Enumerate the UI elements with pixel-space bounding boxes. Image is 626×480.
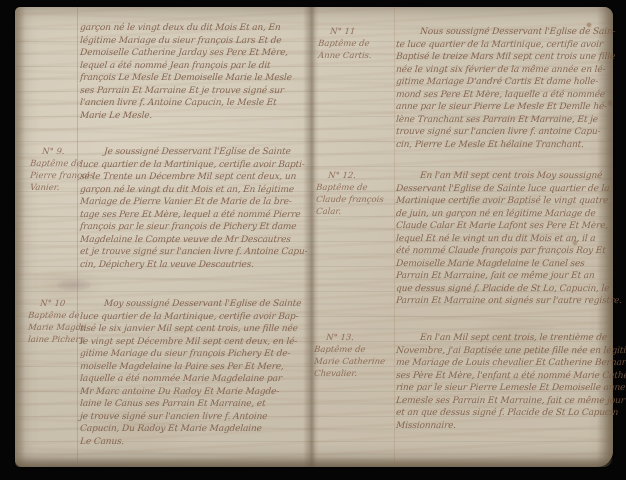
handwritten-text-line: N° 9. xyxy=(29,146,86,158)
baptism-entry-13-text: En l'an Mil sept cent trois, le trentièm… xyxy=(396,332,608,432)
handwritten-text-line: que dessus signé f. Placide de St Lo, Ca… xyxy=(396,283,609,296)
handwritten-text-line: En l'an Mil sept cent trois Moy soussign… xyxy=(396,170,609,183)
paper-edge-bottom xyxy=(15,457,613,467)
handwritten-text-line: Chevalier. xyxy=(313,368,388,380)
handwritten-text-line: je trouve signé sur l'ancien livre f. An… xyxy=(80,411,311,424)
handwritten-text-line: tage ses Pere Et Mère, lequel a été nomm… xyxy=(80,209,311,222)
handwritten-text-line: garçon né le vingt deux du dit Mois Et a… xyxy=(80,22,311,35)
handwritten-text-line: Novembre, j'ai Baptisée une petite fille… xyxy=(396,345,609,358)
baptism-entry-9-text: Je soussigné Desservant l'Eglise de Sain… xyxy=(80,146,310,271)
handwritten-text-line: N° 12. xyxy=(315,170,386,182)
handwritten-text-line: Vanier. xyxy=(29,182,86,194)
left-page-margin-rule xyxy=(77,7,78,467)
handwritten-text-line: Desservant l'Eglise de Sainte luce quart… xyxy=(396,183,609,196)
handwritten-text-line: Parrain Et Marraine ont signés sur l'aut… xyxy=(396,295,609,308)
margin-note-entry-9: N° 9.Baptême dePierre françoisVanier. xyxy=(30,146,86,194)
handwritten-text-line: Martinique certifie avoir Baptisé le vin… xyxy=(396,195,609,208)
handwritten-text-line: Claude Calar Et Marie Lafont ses Pere Et… xyxy=(396,220,609,233)
handwritten-text-line: luce quartier de la Martinique, certifie… xyxy=(80,311,311,324)
handwritten-text-line: laquelle a été nommée Marie Magdelaine p… xyxy=(80,373,311,386)
handwritten-text-line: Anne Cartis. xyxy=(317,50,388,62)
handwritten-text-line: Baptême de xyxy=(317,38,388,50)
margin-note-entry-11: N° 11Baptême deAnne Cartis. xyxy=(318,26,388,62)
margin-note-entry-13: N° 13.Baptême deMarie CatherineChevalier… xyxy=(314,332,388,380)
handwritten-text-line: et je trouve signé sur l'ancien livre f.… xyxy=(80,246,311,259)
handwritten-text-line: N° 13. xyxy=(313,332,388,344)
baptism-entry-10-text: Moy soussigné Desservant l'Eglise de Sai… xyxy=(80,298,310,448)
handwritten-text-line: née le vingt six février de la même anné… xyxy=(396,64,609,77)
handwritten-text-line: Demoiselle Catherine Jarday ses Pere Et … xyxy=(80,47,311,60)
handwritten-text-line: Baptisé le treize Mars Mil sept cent tro… xyxy=(396,51,609,64)
handwritten-text-line: me Mariage de Louis chevalier Et Catheri… xyxy=(396,357,609,370)
handwritten-text-line: lequel Et né le vingt un du dit Mois et … xyxy=(396,233,609,246)
handwritten-text-line: trouve signé sur l'ancien livre f. antoi… xyxy=(396,126,609,139)
handwritten-text-line: françois par le sieur françois de Picher… xyxy=(80,221,311,234)
handwritten-text-line: garçon né le vingt du dit Mois et an, En… xyxy=(80,184,311,197)
handwritten-text-line: légitime Mariage du sieur françois Lars … xyxy=(80,35,311,48)
baptism-entry-11-text: Nous soussigné Desservant l'Eglise de Sa… xyxy=(396,26,608,151)
handwritten-text-line: ses Parrain Et Marraine Et je trouve sig… xyxy=(80,85,311,98)
margin-note-entry-12: N° 12.Baptême deClaude françoisCalar. xyxy=(316,170,386,218)
handwritten-text-line: gitime Mariage D'andré Cartis Et dame ho… xyxy=(396,76,609,89)
handwritten-text-line: Marie Magde xyxy=(27,322,84,334)
baptism-entry-12-text: En l'an Mil sept cent trois Moy soussign… xyxy=(396,170,608,308)
handwritten-text-line: Magdelaine le Compte veuve de Mr Descaut… xyxy=(80,234,311,247)
handwritten-text-line: mond ses Pere Et Mère, laquelle a été no… xyxy=(396,89,609,102)
handwritten-text-line: Missionnaire. xyxy=(396,420,609,433)
handwritten-text-line: laine Pichery xyxy=(27,334,84,346)
handwritten-text-line: rine par le sieur Pierre Lemesle Et Demo… xyxy=(396,382,609,395)
left-page-continuation-paragraph: garçon né le vingt deux du dit Mois Et a… xyxy=(80,22,310,122)
handwritten-text-line: sé le Trente un Décembre Mil sept cent d… xyxy=(80,171,311,184)
handwritten-text-line: Mr Marc antoine Du Radoy Et Marie Magde- xyxy=(80,386,311,399)
handwritten-text-line: En l'an Mil sept cent trois, le trentièm… xyxy=(396,332,609,345)
handwritten-text-line: Je soussigné Desservant l'Eglise de Sain… xyxy=(80,146,311,159)
handwritten-text-line: et an que dessus signé f. Placide de St … xyxy=(396,407,609,420)
handwritten-text-line: Marie Le Mesle. xyxy=(80,110,311,123)
handwritten-text-line: été nommé Claude françois par françois R… xyxy=(396,245,609,258)
handwritten-text-line: ses Père Et Mère, l'enfant a été nommé M… xyxy=(396,370,609,383)
handwritten-text-line: lène Tranchant ses Parrain Et Marraine, … xyxy=(396,114,609,127)
handwritten-text-line: Baptême de xyxy=(27,310,84,322)
handwritten-text-line: Baptême de xyxy=(29,158,86,170)
handwritten-text-line: cin, Pierre Le Mesle Et hélaine Tranchan… xyxy=(396,139,609,152)
handwritten-text-line: françois Le Mesle Et Demoiselle Marie le… xyxy=(80,72,311,85)
handwritten-text-line: N° 11 xyxy=(317,26,388,38)
handwritten-text-line: Pierre françois xyxy=(29,170,86,182)
handwritten-text-line: moiselle Magdelaine la Paire ses Per Et … xyxy=(80,361,311,374)
handwritten-text-line: Moy soussigné Desservant l'Eglise de Sai… xyxy=(80,298,311,311)
faint-stamp-mark xyxy=(57,279,91,291)
handwritten-text-line: anne par le sieur Pierre Le Mesle Et Dem… xyxy=(396,101,609,114)
handwritten-text-line: Baptême de xyxy=(315,182,386,194)
handwritten-text-line: lequel a été nommé Jean françois par le … xyxy=(80,60,311,73)
margin-note-entry-10: N° 10Baptême deMarie Magdelaine Pichery xyxy=(28,298,84,346)
handwritten-text-line: laine le Canus ses Parrain Et Marraine, … xyxy=(80,398,311,411)
handwritten-text-line: tisé le six janvier Mil sept cent trois,… xyxy=(80,323,311,336)
handwritten-text-line: Parrain Et Marraine, fait ce même jour E… xyxy=(396,270,609,283)
handwritten-text-line: cin, Dépichery Et la veuve Descautries. xyxy=(80,259,311,272)
handwritten-text-line: Nous soussigné Desservant l'Eglise de Sa… xyxy=(396,26,609,39)
handwritten-text-line: Le Canus. xyxy=(80,436,311,449)
scanned-register-screenshot: { "colors": { "scan_background": "#05050… xyxy=(0,0,626,480)
handwritten-text-line: Mariage de Pierre Vanier Et de Marie de … xyxy=(80,196,311,209)
handwritten-text-line: te luce quartier de la Martinique, certi… xyxy=(396,39,609,52)
handwritten-text-line: Calar. xyxy=(315,206,386,218)
paper-edge-left xyxy=(15,7,25,467)
handwritten-text-line: de juin, un garçon né en légitime Mariag… xyxy=(396,208,609,221)
handwritten-text-line: Lemesle ses Parrain Et Marraine, fait ce… xyxy=(396,395,609,408)
handwritten-text-line: Capucin, Du Radoy Et Marie Magdelaine xyxy=(80,423,311,436)
handwritten-text-line: Marie Catherine xyxy=(313,356,388,368)
handwritten-text-line: luce quartier de la Martinique, certifie… xyxy=(80,159,311,172)
handwritten-text-line: gitime Mariage du sieur françois Pichery… xyxy=(80,348,311,361)
handwritten-text-line: l'ancien livre f. Antoine Capucin, le Me… xyxy=(80,97,311,110)
handwritten-text-line: le vingt sept Décembre Mil sept cent deu… xyxy=(80,336,311,349)
handwritten-text-line: Baptême de xyxy=(313,344,388,356)
handwritten-text-line: Demoiselle Marie Magdelaine le Canel ses xyxy=(396,258,609,271)
handwritten-text-line: N° 10 xyxy=(27,298,84,310)
handwritten-text-line: Claude françois xyxy=(315,194,386,206)
